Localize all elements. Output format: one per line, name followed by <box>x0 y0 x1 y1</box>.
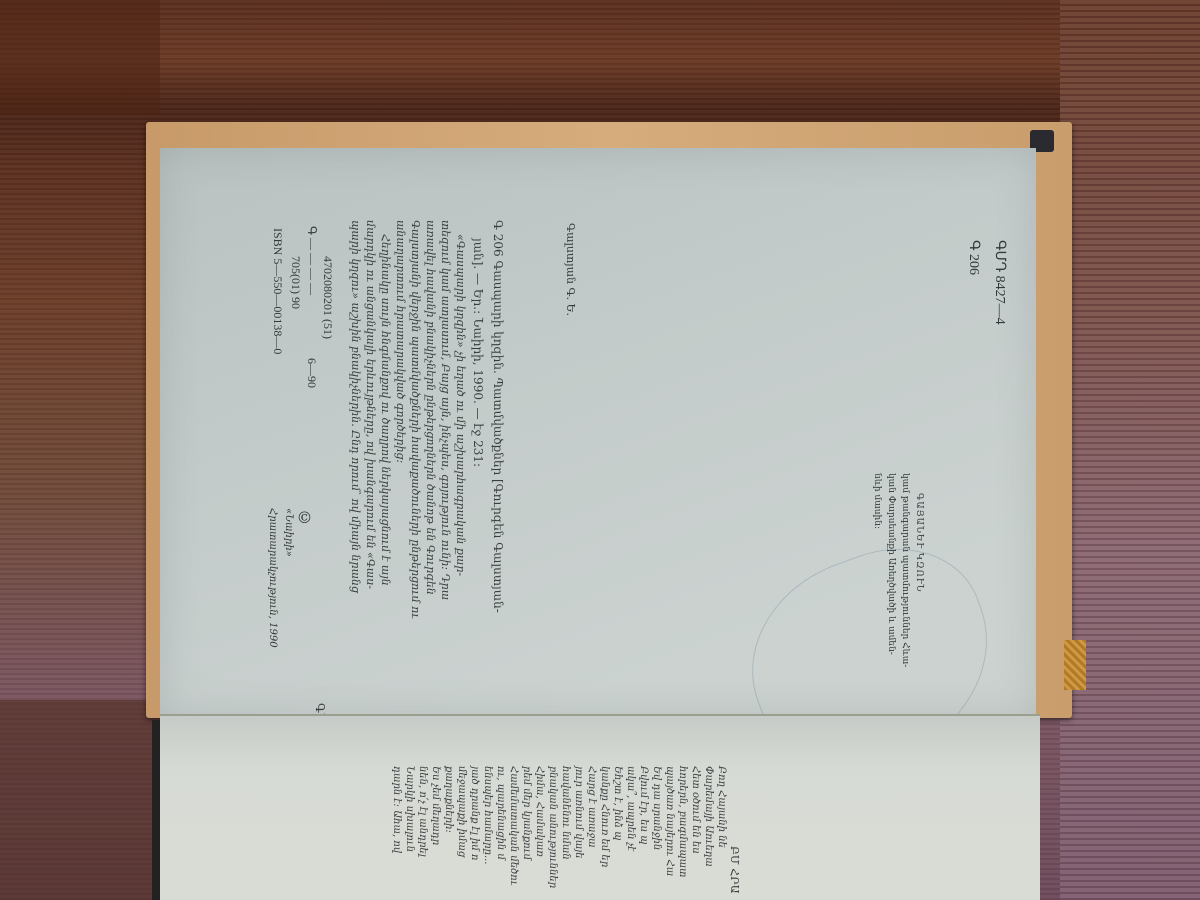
classification-code: ԳՄԴ 8427—4 <box>986 240 1012 325</box>
next-page-line: պայծառ նայերու Հա <box>663 766 676 900</box>
next-page-line: Հետ օծում են ես <box>689 766 702 900</box>
next-page-line: հորերն, բագմապատ <box>676 766 689 900</box>
author-line: Գալստյան Գ. Ե. <box>564 223 577 316</box>
catalog-prefix: Գ <box>305 226 319 235</box>
wood-plank-dark-lower <box>0 700 160 900</box>
dedication-heading: ԳԱՅԱՆԵՒ ԿԶՈՒՆ <box>912 473 926 667</box>
bibliographic-entry: Գ 206 Գասպարի կղզին. Պատմվածքներ [Գուրգե… <box>348 220 508 700</box>
dedication-block: ԳԱՅԱՆԵՒ ԿԶՈՒՆ կամ թանգարան պատմություննե… <box>870 473 926 667</box>
entry-line: Գ 206 Գասպարի կղզին. Պատմվածքներ [Գուրգե… <box>488 220 508 700</box>
next-page-line: դարն է: Ահա, ով <box>390 766 403 900</box>
isbn: ISBN 5—550—00138—0 <box>270 228 285 354</box>
next-page-line: Հիմա, Համակառ <box>533 766 546 900</box>
classification-block: ԳՄԴ 8427—4 Գ 206 <box>960 240 1012 325</box>
dedication-line: նևի մասին: <box>870 473 884 667</box>
catalog-issue: 6—90 <box>305 298 319 388</box>
next-page-line: բնական անություններ <box>546 766 559 900</box>
next-page-line: Եհշտ է, ինձ պ <box>611 766 624 900</box>
entry-line: անաղարտում հրատարակված գործերից: <box>393 220 408 700</box>
entry-line: Հեղինակը սույն հնգմանքով ու ծաղրով ներկա… <box>378 220 393 700</box>
next-page-line: Եվ դա սրանջին <box>650 766 663 900</box>
next-page-line: Բվում էր, ես պ <box>637 766 650 900</box>
next-page-line: Բող Հայանի նե <box>715 766 728 900</box>
next-page-text: ԲՄ ՀՐԱ Բող Հայանի նե Փարեմայի Աուեղա Հետ… <box>390 766 741 900</box>
next-page-line: Համեմատական մեծու <box>507 766 520 900</box>
entry-line: Գալստյանի վերջին պատմվածքների հավաքածուն… <box>408 220 423 700</box>
wood-background-right <box>1060 0 1200 900</box>
classification-index: Գ 206 <box>960 240 986 325</box>
next-page-line: քաղաքների: <box>442 766 455 900</box>
next-page-line: կանքը Հնուռ եմ եր <box>598 766 611 900</box>
next-page-line: Ես չեմ մեղադր <box>429 766 442 900</box>
next-page-line: ու, պարենացին մ <box>494 766 507 900</box>
entry-line: մարդկի ու անցանկալի երևույթները, ով խանգ… <box>363 220 378 700</box>
entry-line: առավել հավանի բնակիչներն ընթերցողներն ծա… <box>423 220 438 700</box>
entry-line: «Գասպարի կղզին» չի եղած ու մի աշխարհագրա… <box>453 220 468 700</box>
catalog-code: 4702080201 (51) Գ — — — — 6—90 705(01) 9… <box>288 226 336 388</box>
entry-line: պարի կղզու» աշխին բնակիչներին. Ընդ որում… <box>348 220 363 700</box>
catalog-fraction-line: Գ — — — — 6—90 <box>304 226 320 388</box>
next-page-line: հավանենու նման <box>559 766 572 900</box>
next-page-line: ենսպեր համարը... <box>481 766 494 900</box>
next-page-line: մեջապաքի իմաց <box>455 766 468 900</box>
entry-line: յան]. — Եր.: Նաիրի, 1990. — էջ 231: <box>468 220 488 700</box>
next-page-line: Հարց է առաջա <box>585 766 598 900</box>
next-page: ԲՄ ՀՐԱ Բող Հայանի նե Փարեմայի Աուեղա Հետ… <box>160 714 1040 900</box>
spine-gold-stamp <box>1064 640 1086 690</box>
imprint-page: ԳՄԴ 8427—4 Գ 206 ԳԱՅԱՆԵՒ ԿԶՈՒՆ կամ թանգա… <box>160 148 1036 718</box>
next-page-line: Փարեմայի Աուեղա <box>702 766 715 900</box>
dedication-line: կամ թանգարան պատմություններ Հևա- <box>898 473 912 667</box>
next-page-line: յած դրանք էլ իմ ո <box>468 766 481 900</box>
wood-plank-dark <box>0 0 160 115</box>
next-page-line: նեն, ո՛չ էլ անդրել <box>416 766 429 900</box>
dedication-line: կան Փարսեանքի Առեղծվածի և ամեն- <box>884 473 898 667</box>
next-page-line: րեմ մեր կյանքում <box>520 766 533 900</box>
next-page-heading: ԲՄ ՀՐԱ <box>728 766 741 900</box>
next-page-line: յուր առնում վայե <box>572 766 585 900</box>
next-page-line: Նարկի սխալուն <box>403 766 416 900</box>
next-page-line: ակա՞, ապրեն չէ <box>624 766 637 900</box>
entry-line: տեզում կամ ատլասում, Բայց այն, ինչպես, գ… <box>438 220 453 700</box>
